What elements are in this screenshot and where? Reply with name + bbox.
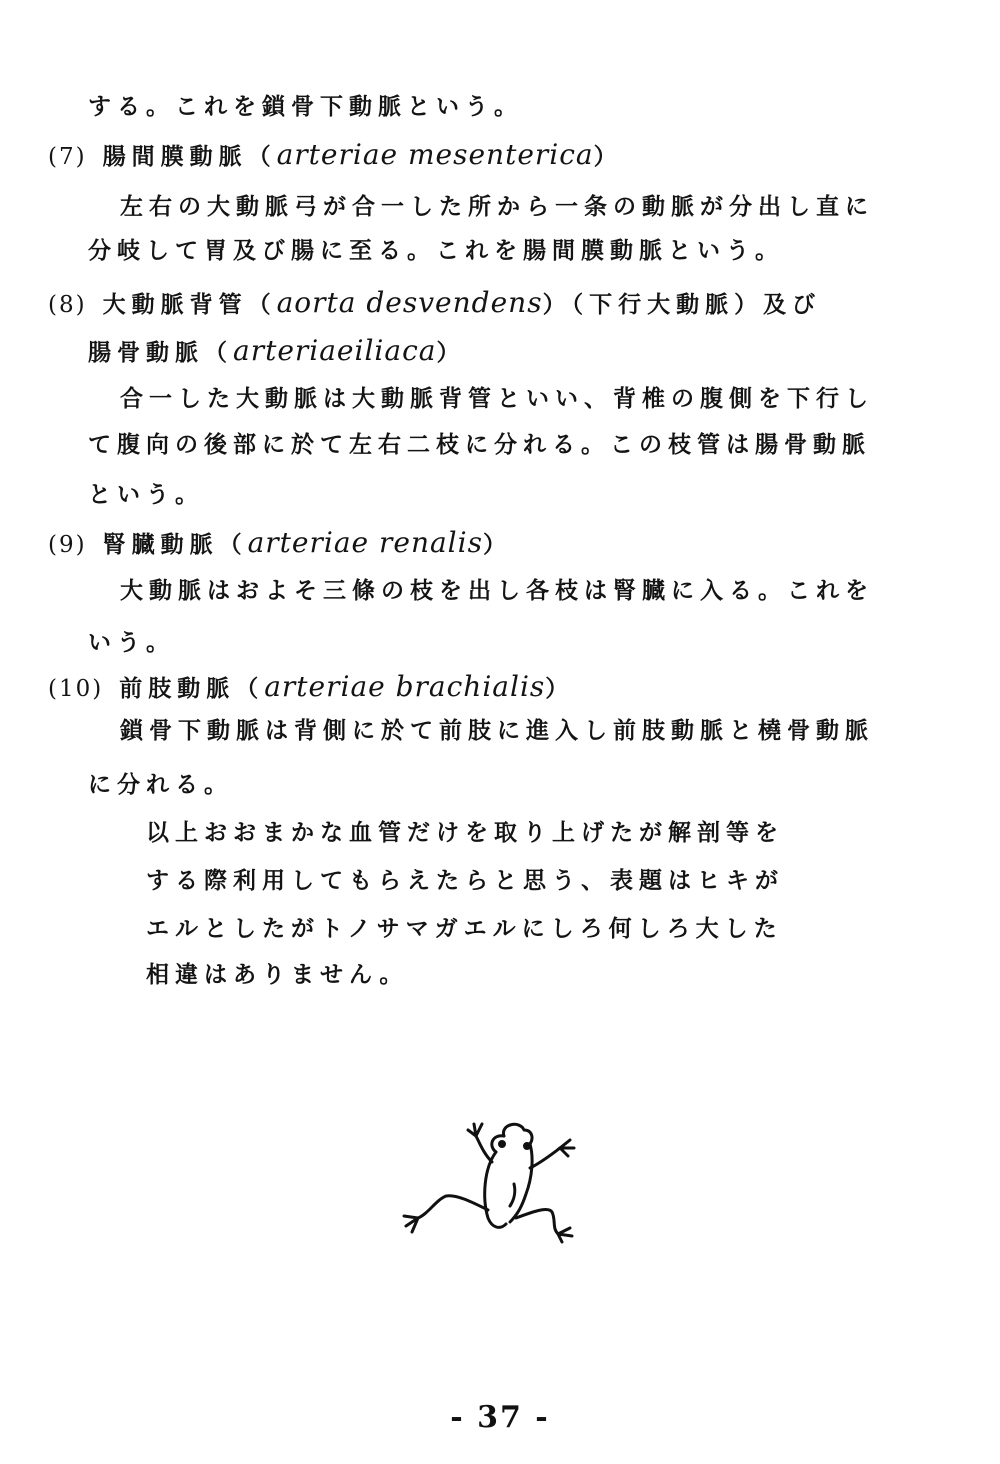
text-line: 分岐して胃及び腸に至る。これを腸間膜動脈という。 [88,236,784,266]
heading-latin: aorta desvendens [277,286,543,319]
text-line: 合一した大動脈は大動脈背管といい、背椎の腹側を下行し [120,384,874,414]
heading-latin: arteriae renalis [248,526,483,559]
section-heading-7: (7)腸間膜動脈（arteriae mesenterica） [48,140,623,172]
text-line: 大動脈はおよそ三條の枝を出し各枝は腎臓に入る。これを [120,576,874,606]
subheading-iliac: 腸骨動脈（arteriaeiliaca） [88,336,465,368]
paren-close: ） [483,532,512,558]
text-line: という。 [88,480,204,510]
section-number: (10) [48,676,103,702]
section-number: (7) [48,144,87,170]
text-line: いう。 [88,628,175,658]
heading-latin: arteriae mesenterica [277,138,594,171]
paren-open: （ [204,340,233,366]
paren-close: ） [594,144,623,170]
heading-japanese: 前肢動脈 [119,676,235,702]
paren-open: （ [219,532,248,558]
text-line: に分れる。 [88,770,233,800]
closing-note-line: 相違はありません。 [146,960,408,990]
text-line: 左右の大動脈弓が合一した所から一条の動脈が分出し直に [120,192,874,222]
heading-japanese: 腎臓動脈 [103,532,219,558]
closing-note-line: 以上おおまかな血管だけを取り上げたが解剖等を [146,818,784,848]
frog-illustration-icon [392,1118,592,1244]
paren-close: ） [436,340,465,366]
heading-japanese: 腸間膜動脈 [103,144,248,170]
paren-close: ） [543,292,572,318]
text-line: 鎖骨下動脈は背側に於て前肢に進入し前肢動脈と橈骨動脈 [120,716,874,746]
heading-tail: （下行大動脈）及び [572,292,822,318]
closing-note-line: する際利用してもらえたらと思う、表題はヒキが [146,866,784,896]
text-line: する。これを鎖骨下動脈という。 [88,92,523,122]
heading-latin: arteriae brachialis [264,670,545,703]
paren-close: ） [545,676,574,702]
section-heading-10: (10)前肢動脈（arteriae brachialis） [48,672,574,704]
section-heading-9: (9)腎臓動脈（arteriae renalis） [48,528,512,560]
page-number: - 37 - [0,1400,1000,1435]
document-page: する。これを鎖骨下動脈という。 (7)腸間膜動脈（arteriae mesent… [0,0,1000,1464]
section-number: (8) [48,292,87,318]
closing-note-line: エルとしたがトノサマガエルにしろ何しろ大した [146,914,783,944]
section-heading-8: (8)大動脈背管（aorta desvendens）（下行大動脈）及び [48,288,821,320]
paren-open: （ [248,292,277,318]
text-line: て腹向の後部に於て左右二枝に分れる。この枝管は腸骨動脈 [88,430,871,460]
heading-japanese: 大動脈背管 [103,292,248,318]
heading-latin: arteriaeiliaca [233,334,436,367]
heading-japanese: 腸骨動脈 [88,340,204,366]
paren-open: （ [248,144,277,170]
paren-open: （ [235,676,264,702]
section-number: (9) [48,532,87,558]
